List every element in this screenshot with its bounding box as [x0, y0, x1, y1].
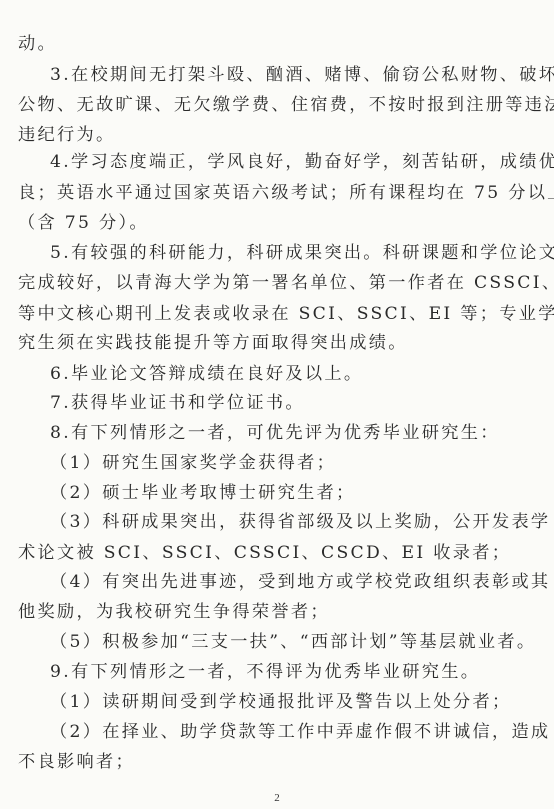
- text-line: （3）科研成果突出，获得省部级及以上奖励，公开发表学: [50, 511, 490, 533]
- text-line: 8.有下列情形之一者，可优先评为优秀毕业研究生：: [50, 422, 490, 444]
- document-page: 动。3.在校期间无打架斗殴、酗酒、赌博、偷窃公私财物、破坏公物、无故旷课、无欠缴…: [0, 0, 554, 809]
- text-line: 术论文被 SCI、SSCI、CSSCI、CSCD、EI 收录者；: [18, 542, 488, 564]
- text-line: （1）读研期间受到学校通报批评及警告以上处分者；: [50, 691, 490, 713]
- text-line: 4.学习态度端正，学风良好，勤奋好学，刻苦钻研，成绩优: [50, 151, 490, 173]
- text-line: （2）硕士毕业考取博士研究生者；: [50, 482, 490, 504]
- text-line: 7.获得毕业证书和学位证书。: [50, 392, 490, 414]
- text-line: 公物、无故旷课、无欠缴学费、住宿费，不按时报到注册等违法: [18, 94, 488, 116]
- text-line: 等中文核心期刊上发表或收录在 SCI、SSCI、EI 等；专业学位研: [18, 303, 488, 325]
- page-number: 2: [0, 792, 554, 804]
- text-line: 良；英语水平通过国家英语六级考试；所有课程均在 75 分以上: [18, 182, 488, 204]
- text-line: 他奖励，为我校研究生争得荣誉者；: [18, 601, 488, 623]
- text-line: （4）有突出先进事迹，受到地方或学校党政组织表彰或其: [50, 571, 490, 593]
- text-line: 不良影响者；: [18, 751, 488, 773]
- text-line: 3.在校期间无打架斗殴、酗酒、赌博、偷窃公私财物、破坏: [50, 64, 490, 86]
- text-line: （5）积极参加“三支一扶”、“西部计划”等基层就业者。: [50, 631, 490, 653]
- text-line: 违纪行为。: [18, 124, 488, 146]
- text-line: 完成较好，以青海大学为第一署名单位、第一作者在 CSSCI、CSCD: [18, 272, 488, 294]
- text-line: 5.有较强的科研能力，科研成果突出。科研课题和学位论文: [50, 242, 490, 264]
- text-line: （2）在择业、助学贷款等工作中弄虚作假不讲诚信，造成: [50, 721, 490, 743]
- text-line: 动。: [18, 33, 488, 55]
- text-line: 9.有下列情形之一者，不得评为优秀毕业研究生。: [50, 661, 490, 683]
- text-line: （含 75 分）。: [18, 212, 488, 234]
- text-line: 究生须在实践技能提升等方面取得突出成绩。: [18, 332, 488, 354]
- text-line: （1）研究生国家奖学金获得者；: [50, 452, 490, 474]
- text-line: 6.毕业论文答辩成绩在良好及以上。: [50, 363, 490, 385]
